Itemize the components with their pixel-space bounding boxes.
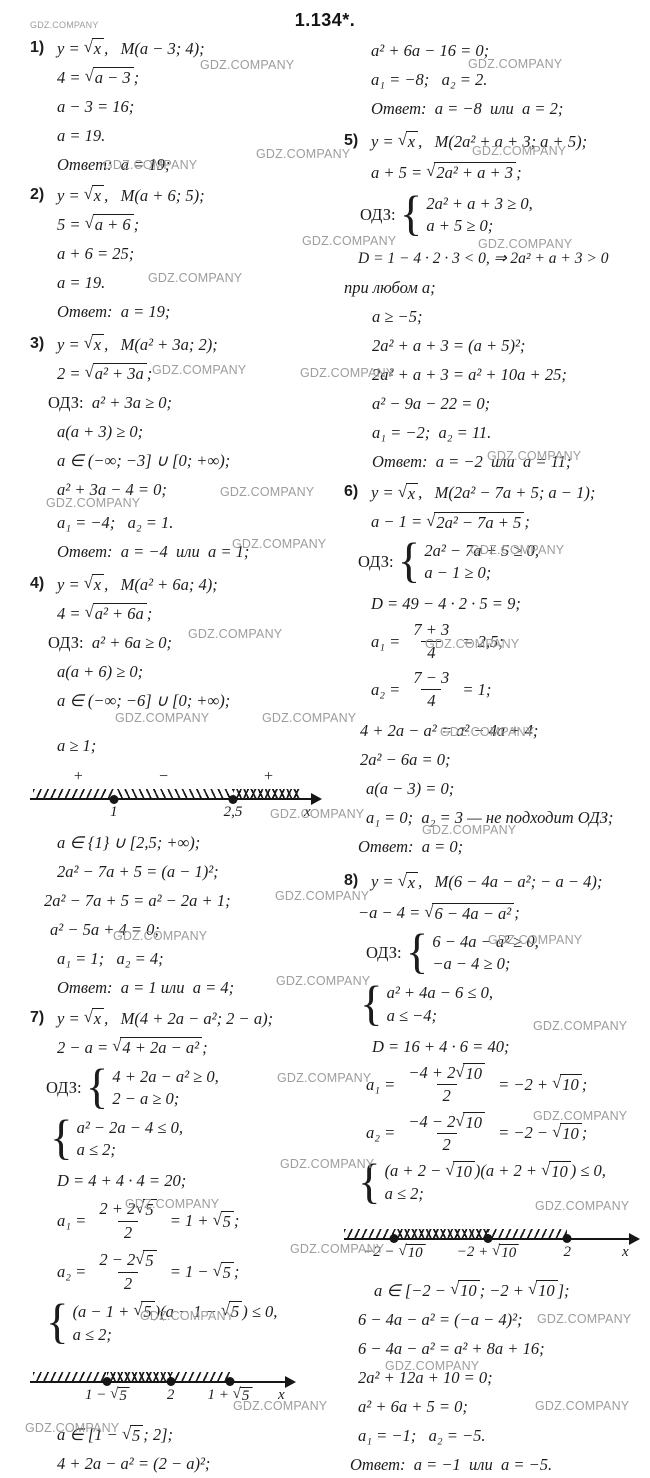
radicand: a² + 6a <box>93 603 147 623</box>
radical-sign-icon: √ <box>398 1243 406 1260</box>
problem-number: 7) <box>30 1009 57 1028</box>
math-text: 1 + <box>208 1387 233 1404</box>
system-rows: 2a² + a + 3 ≥ 0,a + 5 ≥ 0; <box>426 194 532 236</box>
math-text: a ≤ −4; <box>387 1006 437 1025</box>
watermark: GDZ.COMPANY <box>535 1399 629 1413</box>
radical-sign-icon: √ <box>84 573 93 592</box>
math-text: y = <box>57 39 84 58</box>
watermark: GDZ.COMPANY <box>275 889 369 903</box>
radical-sign-icon: √ <box>455 1111 464 1130</box>
brace-icon: { <box>360 982 383 1027</box>
math-text: a − 1 ≥ 0; <box>424 563 491 582</box>
radical-sign-icon: √ <box>398 482 407 501</box>
math-text: a + 5 ≥ 0; <box>426 216 493 235</box>
system-row: a² + 4a − 6 ≤ 0, <box>387 983 493 1002</box>
math-line: a₁ = 1; a₂ = 4; <box>30 948 348 969</box>
radical: √6 − 4a − a² <box>424 903 514 923</box>
math-text: ; <box>234 1262 240 1281</box>
math-text: , M(6 − 4a − a²; − a − 4); <box>418 872 602 891</box>
fraction-denominator: 2 <box>437 1133 457 1154</box>
problem-number: 6) <box>344 483 371 502</box>
radical-sign-icon: √ <box>122 1424 131 1443</box>
radical-sign-icon: √ <box>85 362 94 381</box>
system-rows: a² − 2a − 4 ≤ 0,a ≤ 2; <box>77 1118 183 1160</box>
radicand: 10 <box>536 1280 558 1300</box>
math-text: 4 + 2a − a² = (2 − a)²; <box>57 1454 210 1473</box>
radicand: 5 <box>130 1425 143 1445</box>
number-line: −2 − √10−2 + √102x <box>344 1214 648 1274</box>
math-text: a(a − 3) = 0; <box>366 779 454 798</box>
math-text: a ≤ 2; <box>77 1140 116 1159</box>
math-text: −2 + <box>457 1244 492 1261</box>
math-line: 4 + 2a − a² = (2 − a)²; <box>30 1454 348 1475</box>
math-text: ; <box>147 604 153 623</box>
brace-icon: { <box>46 1300 69 1345</box>
math-text: , M(a − 3; 4); <box>104 39 204 58</box>
math-text: 6 − 4a − a² = (−a − 4)²; <box>358 1310 523 1329</box>
problem-header-line: 4)y = √x, M(a² + 6a; 4); <box>30 574 348 595</box>
problem-header-line: 7)y = √x, M(4 + 2a − a²; 2 − a); <box>30 1008 348 1029</box>
math-text: a(a + 6) ≥ 0; <box>57 662 143 681</box>
math-text: a₁ = 1; a₂ = 4; <box>57 949 164 968</box>
math-text: ; <box>202 1038 208 1057</box>
fraction-numerator: 2 − 2√5 <box>94 1250 161 1271</box>
math-text: ) ≤ 0, <box>242 1302 277 1321</box>
math-text: 7 − 3 <box>413 668 449 687</box>
watermark: GDZ.COMPANY <box>188 627 282 641</box>
math-text: 2a² − 6a = 0; <box>360 750 450 769</box>
radical-sign-icon: √ <box>213 1261 222 1280</box>
axis-arrow-icon <box>285 1376 296 1388</box>
math-line: D = 49 − 4 · 2 · 5 = 9; <box>344 593 648 614</box>
watermark: GDZ.COMPANY <box>422 823 516 837</box>
watermark: GDZ.COMPANY <box>115 711 209 725</box>
answer-line: Ответ: a = −8 или a = 2; <box>344 98 648 119</box>
brace-icon: { <box>400 192 423 237</box>
hatch-marks <box>394 1229 488 1238</box>
math-text: , M(a² + 6a; 4); <box>104 575 218 594</box>
radical-sign-icon: √ <box>426 511 435 530</box>
radical: √x <box>84 1008 104 1028</box>
system-of-conditions: {4 + 2a − a² ≥ 0,2 − a ≥ 0; <box>86 1066 219 1109</box>
interval-sign: − <box>159 768 168 786</box>
math-text: y = <box>371 132 398 151</box>
math-text: 6 − 4a − a² = a² + 8a + 16; <box>358 1339 545 1358</box>
math-line: 6 − 4a − a² = a² + 8a + 16; <box>344 1338 648 1359</box>
label-text: ОДЗ: <box>366 943 406 962</box>
math-line: −a − 4 = √6 − 4a − a²; <box>344 902 648 923</box>
brace-icon: { <box>86 1065 109 1110</box>
radicand: 10 <box>560 1074 582 1094</box>
math-text: a₂ = <box>366 1123 399 1142</box>
radicand: x <box>92 185 104 205</box>
radicand: 4 + 2a − a² <box>120 1037 202 1057</box>
math-line: a₁ = −4; a₂ = 1. <box>30 512 348 533</box>
math-text: Ответ: a = 0; <box>358 837 463 856</box>
system-rows: (a + 2 − √10)(a + 2 + √10) ≤ 0,a ≤ 2; <box>385 1161 606 1204</box>
math-line: a₁ = −4 + 2√102 = −2 + √10; <box>344 1063 648 1106</box>
radicand: 10 <box>560 1123 582 1143</box>
math-text: ; <box>134 68 140 87</box>
watermark: GDZ.COMPANY <box>537 1312 631 1326</box>
radical: √x <box>398 872 418 892</box>
math-text: при любом a; <box>344 278 436 297</box>
watermark: GDZ.COMPANY <box>220 485 314 499</box>
fraction: 7 − 34 <box>408 668 454 710</box>
brace-icon: { <box>398 539 421 584</box>
math-text: , M(2a² − 7a + 5; a − 1); <box>418 483 595 502</box>
axis-point-label: 2 <box>563 1244 571 1261</box>
math-text: ) ≤ 0, <box>571 1161 606 1180</box>
hatch-marks <box>488 1229 567 1238</box>
radicand: a − 3 <box>93 67 134 87</box>
radical: √x <box>84 38 104 58</box>
watermark: GDZ.COMPANY <box>148 271 242 285</box>
math-text: a₂ = <box>371 680 404 699</box>
math-text: a₁ = <box>371 632 404 651</box>
math-line: a² − 9a − 22 = 0; <box>344 393 648 414</box>
axis-arrow-icon <box>311 793 322 805</box>
math-text: (a + 2 − <box>385 1161 446 1180</box>
math-line: a₁ = −1; a₂ = −5. <box>344 1425 648 1446</box>
math-line: a ≥ −5; <box>344 306 648 327</box>
math-line: {(a + 2 − √10)(a + 2 + √10) ≤ 0,a ≤ 2; <box>344 1161 648 1204</box>
radical-sign-icon: √ <box>135 1249 144 1268</box>
label-text: ОДЗ: <box>46 1078 86 1097</box>
math-text: y = <box>57 186 84 205</box>
math-text: a² − 9a − 22 = 0; <box>372 394 490 413</box>
problem-number: 4) <box>30 575 57 594</box>
math-text: ; <box>524 512 530 531</box>
hatch-marks <box>171 1372 230 1381</box>
fraction: −4 − 2√102 <box>403 1112 490 1155</box>
radical: √a² + 3a <box>85 363 147 383</box>
watermark: GDZ.COMPANY <box>302 234 396 248</box>
watermark: GDZ.COMPANY <box>103 158 197 172</box>
radicand: x <box>92 38 104 58</box>
math-line: при любом a; <box>344 277 648 298</box>
radicand: x <box>406 131 418 151</box>
radical: √5 <box>213 1262 234 1282</box>
watermark: GDZ.COMPANY <box>533 1109 627 1123</box>
fraction: −4 + 2√102 <box>403 1063 490 1106</box>
radical-sign-icon: √ <box>552 1073 561 1092</box>
system-row: 2a² + a + 3 ≥ 0, <box>426 194 532 213</box>
math-text: y = <box>371 872 398 891</box>
axis-point-label: 1 <box>110 804 118 821</box>
radicand: 10 <box>406 1244 426 1262</box>
axis-point-label: 2,5 <box>224 804 243 821</box>
math-text: a₁ = −1; a₂ = −5. <box>358 1426 486 1445</box>
radicand: 5 <box>221 1262 234 1282</box>
math-line: a₂ = 2 − 2√52 = 1 − √5; <box>30 1250 348 1293</box>
math-line: a + 6 = 25; <box>30 243 348 264</box>
math-line: D = 16 + 4 · 6 = 40; <box>344 1036 648 1057</box>
math-line: 2a² − 7a + 5 = (a − 1)²; <box>30 861 348 882</box>
label-text: ОДЗ: <box>358 552 398 571</box>
watermark: GDZ.COMPANY <box>280 1157 374 1171</box>
math-line: a ≥ 1; <box>30 735 348 756</box>
radicand: 10 <box>458 1280 480 1300</box>
radical-sign-icon: √ <box>85 602 94 621</box>
math-text: a + 6 = 25; <box>57 244 134 263</box>
watermark: GDZ.COMPANY <box>270 807 364 821</box>
math-line: a₁ = −2; a₂ = 11. <box>344 422 648 443</box>
math-line: 4 = √a² + 6a; <box>30 603 348 624</box>
radical: √x <box>84 185 104 205</box>
fraction-denominator: 2 <box>437 1084 457 1105</box>
system-row: a² − 2a − 4 ≤ 0, <box>77 1118 183 1137</box>
interval-sign: + <box>74 768 83 786</box>
math-line: 4 = √a − 3; <box>30 67 348 88</box>
radicand: 5 <box>221 1211 234 1231</box>
math-text: Ответ: a = 1 или a = 4; <box>57 978 234 997</box>
radical-sign-icon: √ <box>528 1279 537 1298</box>
math-text: 4 + 2a − a² ≥ 0, <box>112 1067 218 1086</box>
radical: √x <box>398 131 418 151</box>
hatch-marks <box>33 1372 108 1381</box>
watermark: GDZ.COMPANY <box>533 1019 627 1033</box>
radical-sign-icon: √ <box>450 1279 459 1298</box>
watermark: GDZ.COMPANY <box>425 637 519 651</box>
fraction-numerator: −4 − 2√10 <box>403 1112 490 1133</box>
watermark: GDZ.COMPANY <box>276 974 370 988</box>
system-of-conditions: {(a + 2 − √10)(a + 2 + √10) ≤ 0,a ≤ 2; <box>358 1161 606 1204</box>
math-text: a ∈ (−∞; −6] ∪ [0; +∞); <box>57 691 230 710</box>
math-text: 2 = <box>57 364 85 383</box>
math-text: a² − 2a − 4 ≤ 0, <box>77 1118 183 1137</box>
radical: √10 <box>455 1112 485 1132</box>
math-line: 5 = √a + 6; <box>30 214 348 235</box>
math-text: y = <box>371 483 398 502</box>
watermark: GDZ.COMPANY <box>488 933 582 947</box>
hatch-marks <box>233 789 300 798</box>
math-text: Ответ: a = −1 или a = −5. <box>350 1455 552 1474</box>
system-row: a ≤ 2; <box>73 1325 278 1344</box>
watermark: GDZ.COMPANY <box>535 1199 629 1213</box>
math-text: D = 16 + 4 · 6 = 40; <box>372 1037 509 1056</box>
watermark: GDZ.COMPANY <box>152 363 246 377</box>
document-page: 1.134*. 1)y = √x, M(a − 3; 4);4 = √a − 3… <box>0 0 650 1478</box>
label-text: ОДЗ: <box>48 633 92 652</box>
radical-sign-icon: √ <box>445 1160 454 1179</box>
system-row: −a − 4 ≥ 0; <box>432 954 538 973</box>
radical-sign-icon: √ <box>398 130 407 149</box>
brace-icon: { <box>406 930 429 975</box>
math-text: 1 <box>110 804 118 821</box>
math-text: −4 − 2 <box>408 1112 455 1131</box>
math-line: a ∈ {1} ∪ [2,5; +∞); <box>30 832 348 853</box>
watermark: GDZ.COMPANY <box>113 929 207 943</box>
math-text: 2a² + a + 3 = a² + 10a + 25; <box>372 365 567 384</box>
math-text: −a − 4 = <box>358 903 424 922</box>
math-text: 4 = <box>57 68 85 87</box>
watermark: GDZ.COMPANY <box>300 366 394 380</box>
math-text: a² + 6a + 5 = 0; <box>358 1397 468 1416</box>
system-rows: 4 + 2a − a² ≥ 0,2 − a ≥ 0; <box>112 1067 218 1109</box>
radical-sign-icon: √ <box>84 1007 93 1026</box>
math-text: ]; <box>558 1281 570 1300</box>
math-text: ; 2]; <box>143 1425 173 1444</box>
math-text: y = <box>57 335 84 354</box>
radical: √10 <box>445 1161 475 1181</box>
radical-sign-icon: √ <box>213 1210 222 1229</box>
problem-header-line: 6)y = √x, M(2a² − 7a + 5; a − 1); <box>344 482 648 503</box>
watermark: GDZ.COMPANY <box>472 144 566 158</box>
label-text: ОДЗ: <box>48 393 92 412</box>
math-text: 4 = <box>57 604 85 623</box>
radicand: x <box>406 483 418 503</box>
watermark: GDZ.COMPANY <box>470 543 564 557</box>
radical: √10 <box>528 1280 558 1300</box>
math-text: a ∈ (−∞; −3] ∪ [0; +∞); <box>57 451 230 470</box>
radical: √2a² + a + 3 <box>426 162 516 182</box>
radicand: x <box>92 1008 104 1028</box>
math-text: 4 <box>427 691 435 710</box>
axis-point <box>109 795 118 804</box>
radical-sign-icon: √ <box>110 1386 118 1403</box>
watermark: GDZ.COMPANY <box>30 20 99 30</box>
math-text: a = 19. <box>57 273 105 292</box>
math-text: 1 − <box>85 1387 110 1404</box>
problem-header-line: 3)y = √x, M(a² + 3a; 2); <box>30 334 348 355</box>
axis-name-label: x <box>622 1244 629 1261</box>
math-text: 2a² − 7a + 5 = (a − 1)²; <box>57 862 219 881</box>
math-text: a₁ = −2; a₂ = 11. <box>372 423 491 442</box>
radicand: 2a² + a + 3 <box>434 162 516 182</box>
math-text: 2,5 <box>224 804 243 821</box>
radicand: a² + 3a <box>93 363 147 383</box>
watermark: GDZ.COMPANY <box>200 58 294 72</box>
math-text: a − 3 = 16; <box>57 97 134 116</box>
radicand: 2a² − 7a + 5 <box>434 512 524 532</box>
problem-header-line: 1)y = √x, M(a − 3; 4); <box>30 38 348 59</box>
math-text: 2 − 2 <box>99 1250 135 1269</box>
axis-point-label: −2 + √10 <box>457 1244 519 1262</box>
problem-header-line: 2)y = √x, M(a + 6; 5); <box>30 185 348 206</box>
math-line: a − 1 = √2a² − 7a + 5; <box>344 511 648 532</box>
radical: √4 + 2a − a² <box>112 1037 202 1057</box>
math-text: 5 = <box>57 215 85 234</box>
system-row: 4 + 2a − a² ≥ 0, <box>112 1067 218 1086</box>
radical: √5 <box>213 1211 234 1231</box>
math-text: 2a² − 7a + 5 = a² − 2a + 1; <box>44 891 231 910</box>
math-line: a(a − 3) = 0; <box>344 778 648 799</box>
radical: √5 <box>135 1250 156 1270</box>
problem-number: 1) <box>30 39 57 58</box>
math-text: y = <box>57 1009 84 1028</box>
radical-sign-icon: √ <box>426 161 435 180</box>
watermark: GDZ.COMPANY <box>468 57 562 71</box>
math-text: Ответ: a = −8 или a = 2; <box>371 99 563 118</box>
system-row: a ≤ −4; <box>387 1006 493 1025</box>
radicand: 10 <box>463 1063 485 1083</box>
math-line: a(a + 6) ≥ 0; <box>30 661 348 682</box>
watermark: GDZ.COMPANY <box>46 496 140 510</box>
math-text: 2a² + a + 3 = (a + 5)²; <box>372 336 525 355</box>
math-line: 2 − a = √4 + 2a − a²; <box>30 1037 348 1058</box>
math-text: a² + 4a − 6 ≤ 0, <box>387 983 493 1002</box>
radical-sign-icon: √ <box>84 333 93 352</box>
axis-point <box>166 1377 175 1386</box>
hatch-marks <box>33 789 114 798</box>
radicand: 10 <box>463 1112 485 1132</box>
radical: √10 <box>552 1123 582 1143</box>
radical: √a² + 6a <box>85 603 147 623</box>
radical: √10 <box>492 1244 519 1262</box>
math-text: 2 <box>443 1086 451 1105</box>
radical: √a + 6 <box>85 214 134 234</box>
radicand: x <box>92 574 104 594</box>
radical-sign-icon: √ <box>84 184 93 203</box>
radical: √a − 3 <box>85 67 134 87</box>
system-row: 2 − a ≥ 0; <box>112 1089 218 1108</box>
math-text: ; <box>134 215 140 234</box>
math-text: Ответ: a = −4 или a = 1; <box>57 542 249 561</box>
hatch-marks <box>114 789 233 798</box>
math-text: a ∈ [−2 − <box>374 1281 450 1300</box>
radicand: 10 <box>549 1161 571 1181</box>
math-text: ; <box>514 903 520 922</box>
math-text: Ответ: a = 19; <box>57 302 170 321</box>
axis-point-label: 2 <box>167 1387 175 1404</box>
watermark: GDZ.COMPANY <box>440 725 534 739</box>
right-column: a² + 6a − 16 = 0;a₁ = −8; a₂ = 2.Ответ: … <box>344 36 648 1478</box>
math-text: , M(a + 6; 5); <box>104 186 204 205</box>
system-of-conditions: {a² + 4a − 6 ≤ 0,a ≤ −4; <box>360 983 493 1026</box>
radical: √x <box>84 334 104 354</box>
math-text: D = 1 − 4 · 2 · 3 < 0, ⇒ 2a² + a + 3 > 0 <box>358 250 608 268</box>
math-text: D = 4 + 4 · 4 = 20; <box>57 1171 186 1190</box>
system-of-conditions: {a² − 2a − 4 ≤ 0,a ≤ 2; <box>50 1117 183 1160</box>
radicand: x <box>92 334 104 354</box>
math-text: , M(4 + 2a − a²; 2 − a); <box>104 1009 273 1028</box>
math-line: a ∈ (−∞; −3] ∪ [0; +∞); <box>30 450 348 471</box>
math-text: 2 − a ≥ 0; <box>112 1089 179 1108</box>
answer-line: Ответ: a = 0; <box>344 836 648 857</box>
math-line: a ∈ (−∞; −6] ∪ [0; +∞); <box>30 690 348 711</box>
math-line: a₁ = −8; a₂ = 2. <box>344 69 648 90</box>
watermark: GDZ.COMPANY <box>385 1359 479 1373</box>
axis-point <box>229 795 238 804</box>
hatch-marks <box>344 1229 394 1238</box>
watermark: GDZ.COMPANY <box>262 711 356 725</box>
watermark: GDZ.COMPANY <box>290 1242 384 1256</box>
math-text: = 1 − <box>166 1262 213 1281</box>
math-text: ; <box>516 163 522 182</box>
system-row: a − 1 ≥ 0; <box>424 563 539 582</box>
fraction: 2 − 2√52 <box>94 1250 161 1293</box>
math-text: 2 <box>563 1244 571 1261</box>
math-text: 2 <box>124 1223 132 1242</box>
answer-line: Ответ: a = 19; <box>30 301 348 322</box>
math-text: a₁ = <box>57 1211 90 1230</box>
math-text: a₂ = <box>57 1262 90 1281</box>
radical: √x <box>84 574 104 594</box>
system-row: a ≤ 2; <box>77 1140 183 1159</box>
math-text: ; <box>234 1211 240 1230</box>
math-text: 2a² + a + 3 ≥ 0, <box>426 194 532 213</box>
fraction-denominator: 2 <box>118 1221 138 1242</box>
watermark: GDZ.COMPANY <box>125 1197 219 1211</box>
math-text: a ≤ 2; <box>73 1325 112 1344</box>
radical-sign-icon: √ <box>112 1036 121 1055</box>
math-text: ; <box>582 1075 588 1094</box>
math-text: 2 <box>167 1387 175 1404</box>
system-of-conditions: {2a² + a + 3 ≥ 0,a + 5 ≥ 0; <box>400 193 533 236</box>
math-text: , M(a² + 3a; 2); <box>104 335 218 354</box>
watermark: GDZ.COMPANY <box>25 1421 119 1435</box>
